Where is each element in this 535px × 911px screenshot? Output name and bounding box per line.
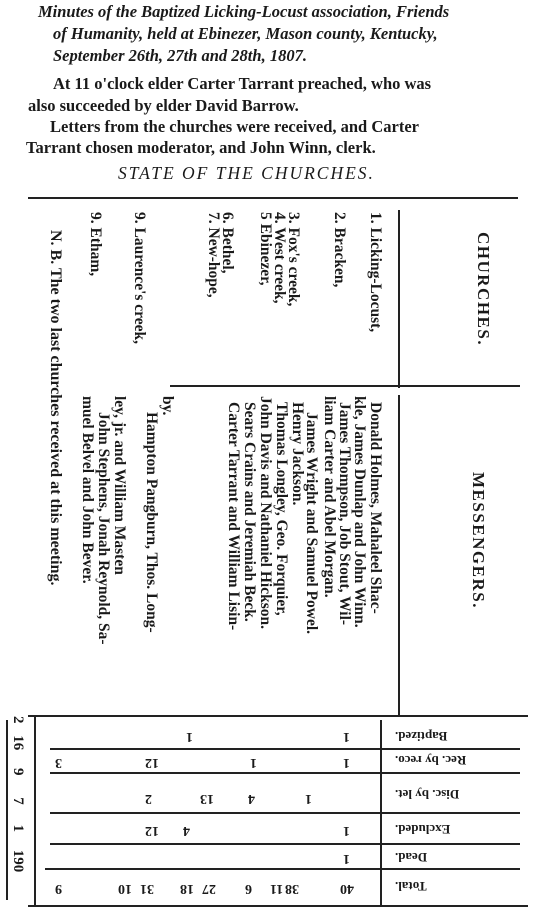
messengers-8b: ley, jr. and William Masten xyxy=(110,396,128,575)
stat-cell: 10 xyxy=(118,880,132,896)
stats-top-rule xyxy=(28,715,528,717)
churches-column-rule xyxy=(398,210,400,388)
stat-cell: 6 xyxy=(245,880,252,896)
messengers-9b: muel Belvel and John Bever. xyxy=(78,396,96,584)
messengers-2b: liam Carter and Abel Morgan. xyxy=(320,396,338,598)
totals-outer-rule xyxy=(6,720,8,900)
stat-label-disc-by-let: Disc. by let. xyxy=(395,786,459,802)
churches-header: CHURCHES. xyxy=(473,232,493,346)
totals-column: 2 16 9 7 1 190 xyxy=(9,716,26,872)
total-all: 190 xyxy=(10,850,26,873)
stats-row-rule-3 xyxy=(50,812,520,814)
stats-row-rule-5 xyxy=(45,868,520,870)
messengers-8a: Hampton Pangburn, Thos. Long- xyxy=(142,412,160,633)
messengers-column-rule xyxy=(398,395,400,715)
total-baptized: 2 xyxy=(10,716,26,724)
total-excluded: 7 xyxy=(10,797,26,805)
stat-cell: 1 xyxy=(343,728,350,744)
stat-cell: 2 xyxy=(145,790,152,806)
stat-cell: 1 xyxy=(343,754,350,770)
title-line-3: September 26th, 27th and 28th, 1807. xyxy=(53,46,307,66)
total-dead: 1 xyxy=(10,825,26,833)
church-1: 1. Licking-Locust, xyxy=(366,212,384,332)
stat-cell: 27 xyxy=(202,880,216,896)
church-9: 9. Etham, xyxy=(86,212,104,276)
church-8: 9. Laurence's creek, xyxy=(130,212,148,344)
messengers-1a: Donald Holmes, Mahaleel Shac- xyxy=(366,402,384,614)
total-disc-by-let: 9 xyxy=(10,768,26,776)
table-top-rule xyxy=(28,197,518,199)
church-5: 5 Ebinezer, xyxy=(256,212,274,285)
section-title: STATE OF THE CHURCHES. xyxy=(118,163,375,184)
stat-cell: 1 xyxy=(250,754,257,770)
stats-row-rule-2 xyxy=(50,772,520,774)
stat-cell: 4 xyxy=(248,790,255,806)
messengers-7b: Carter Tarrant and William Lisin- xyxy=(224,402,242,630)
messengers-5: Thomas Longley, Geo. Forquier, xyxy=(272,402,290,616)
stat-cell: 1 xyxy=(305,790,312,806)
stat-cell: 12 xyxy=(145,822,159,838)
stat-cell: 38 xyxy=(285,880,299,896)
stat-label-baptized: Baptized. xyxy=(395,728,447,744)
church-7: 7. New-hope, xyxy=(204,212,222,298)
stats-row-rule-4 xyxy=(50,843,520,845)
stat-label-rec-by-reco: Rec. by reco. xyxy=(395,752,466,768)
stat-cell: 13 xyxy=(200,790,214,806)
stat-cell: 4 xyxy=(183,822,190,838)
totals-column-rule xyxy=(34,715,36,905)
stat-label-dead: Dead. xyxy=(395,849,427,865)
title-line-2: of Humanity, held at Ebinezer, Mason cou… xyxy=(53,24,438,44)
stat-cell: 3 xyxy=(55,754,62,770)
stat-cell: 9 xyxy=(55,880,62,896)
stat-cell: 1 xyxy=(343,850,350,866)
title-line-1: Minutes of the Baptized Licking-Locust a… xyxy=(38,2,449,22)
stat-cell: 11 xyxy=(270,880,283,896)
header-divider-rule xyxy=(170,385,520,387)
messengers-header: MESSENGERS. xyxy=(468,472,488,609)
messengers-6: John Davis and Nathaniel Hickson. xyxy=(256,396,274,629)
stat-cell: 40 xyxy=(340,880,354,896)
para2-line-2: Tarrant chosen moderator, and John Winn,… xyxy=(26,138,376,158)
stats-bottom-rule xyxy=(28,905,528,907)
para1-line-2: also succeeded by elder David Barrow. xyxy=(28,96,299,116)
messengers-7a: Sears Crains and Jeremiah Beck. xyxy=(240,402,258,622)
stat-cell: 12 xyxy=(145,754,159,770)
stats-row-rule-1 xyxy=(50,748,520,750)
stat-label-excluded: Excluded. xyxy=(395,821,450,837)
stat-cell: 31 xyxy=(140,880,154,896)
total-rec-by-reco: 16 xyxy=(10,735,26,750)
para1-line-1: At 11 o'clock elder Carter Tarrant preac… xyxy=(53,74,431,94)
stat-cell: 18 xyxy=(180,880,194,896)
stat-cell: 1 xyxy=(186,728,193,744)
messengers-4: Henry Jackson. xyxy=(288,402,306,505)
messengers-7c: by. xyxy=(158,396,176,415)
stat-cell: 1 xyxy=(343,822,350,838)
nb-note: N. B. The two last churches received at … xyxy=(46,230,64,586)
messengers-9a: John Stephens, Jonah Reynold, Sa- xyxy=(94,412,112,645)
stat-label-total: Total. xyxy=(395,878,427,894)
church-2: 2. Bracken, xyxy=(330,212,348,287)
para2-line-1: Letters from the churches were received,… xyxy=(50,117,419,137)
